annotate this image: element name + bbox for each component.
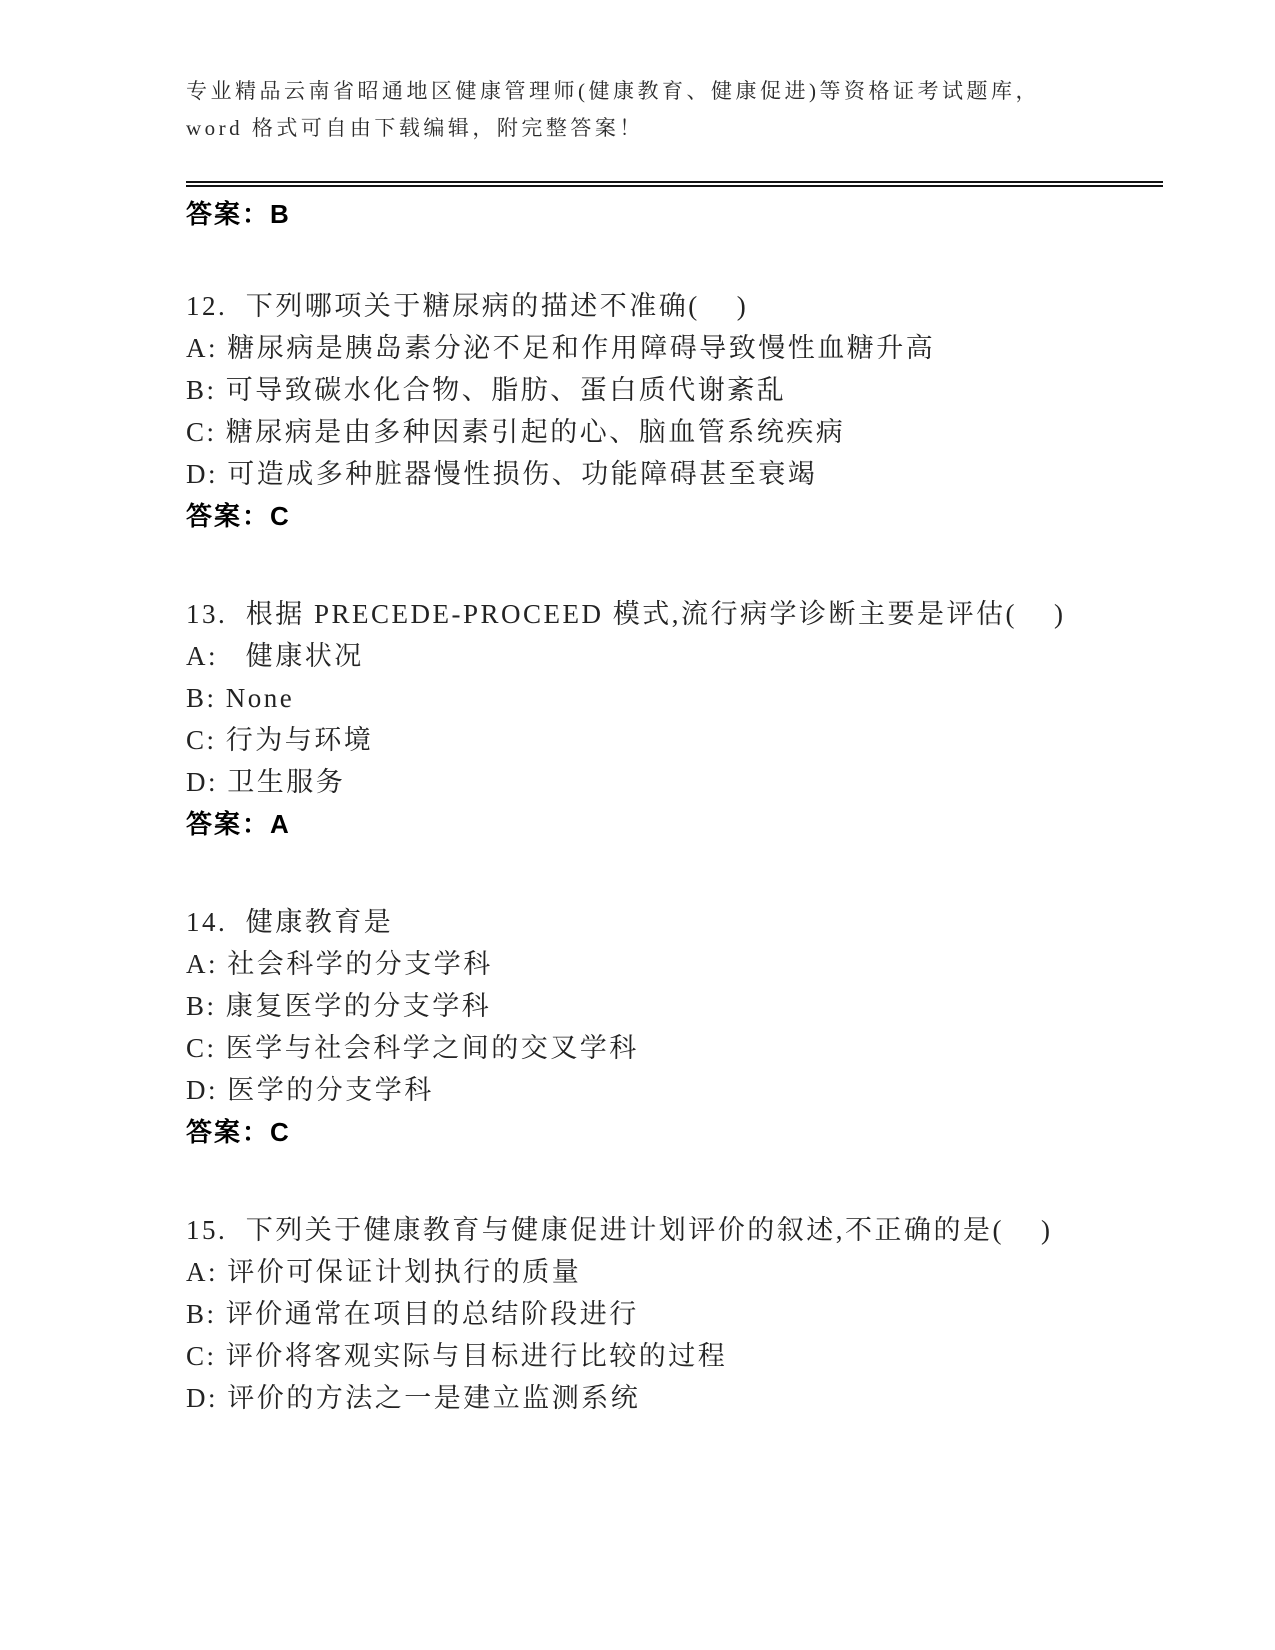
header-line-2: word 格式可自由下载编辑，附完整答案！ [186,110,1275,147]
option-line: C: 医学与社会科学之间的交叉学科 [186,1027,1275,1069]
option-line: A: 评价可保证计划执行的质量 [186,1251,1275,1293]
option-line: C: 行为与环境 [186,719,1275,761]
option-line: B: 可导致碳水化合物、脂肪、蛋白质代谢紊乱 [186,369,1275,411]
question-title: 14. 健康教育是 [186,901,1275,943]
question-block-12: 12. 下列哪项关于糖尿病的描述不准确( ) A: 糖尿病是胰岛素分泌不足和作用… [186,285,1275,537]
option-line: C: 糖尿病是由多种因素引起的心、脑血管系统疾病 [186,411,1275,453]
answer-line: 答案：C [186,495,1275,537]
option-line: D: 医学的分支学科 [186,1069,1275,1111]
question-title: 15. 下列关于健康教育与健康促进计划评价的叙述,不正确的是( ) [186,1209,1275,1251]
questions-list: 12. 下列哪项关于糖尿病的描述不准确( ) A: 糖尿病是胰岛素分泌不足和作用… [186,285,1275,1419]
answer-line: 答案：A [186,803,1275,845]
document-header: 专业精品云南省昭通地区健康管理师(健康教育、健康促进)等资格证考试题库， wor… [186,73,1275,147]
question-block-14: 14. 健康教育是 A: 社会科学的分支学科 B: 康复医学的分支学科 C: 医… [186,901,1275,1153]
option-line: A: 社会科学的分支学科 [186,943,1275,985]
option-line: C: 评价将客观实际与目标进行比较的过程 [186,1335,1275,1377]
option-line: A: 糖尿病是胰岛素分泌不足和作用障碍导致慢性血糖升高 [186,327,1275,369]
option-line: B: None [186,677,1275,719]
answer-line: 答案：C [186,1111,1275,1153]
option-line: B: 康复医学的分支学科 [186,985,1275,1027]
question-title: 12. 下列哪项关于糖尿病的描述不准确( ) [186,285,1275,327]
document-page: 专业精品云南省昭通地区健康管理师(健康教育、健康促进)等资格证考试题库， wor… [0,0,1275,1650]
option-line: D: 卫生服务 [186,761,1275,803]
option-line: D: 可造成多种脏器慢性损伤、功能障碍甚至衰竭 [186,453,1275,495]
option-line: B: 评价通常在项目的总结阶段进行 [186,1293,1275,1335]
section-divider [186,181,1163,187]
option-line: D: 评价的方法之一是建立监测系统 [186,1377,1275,1419]
question-title: 13. 根据 PRECEDE-PROCEED 模式,流行病学诊断主要是评估( ) [186,593,1275,635]
option-line: A: 健康状况 [186,635,1275,677]
answer-line-top: 答案：B [186,193,1275,235]
question-block-13: 13. 根据 PRECEDE-PROCEED 模式,流行病学诊断主要是评估( )… [186,593,1275,845]
question-block-15: 15. 下列关于健康教育与健康促进计划评价的叙述,不正确的是( ) A: 评价可… [186,1209,1275,1419]
header-line-1: 专业精品云南省昭通地区健康管理师(健康教育、健康促进)等资格证考试题库， [186,73,1275,110]
